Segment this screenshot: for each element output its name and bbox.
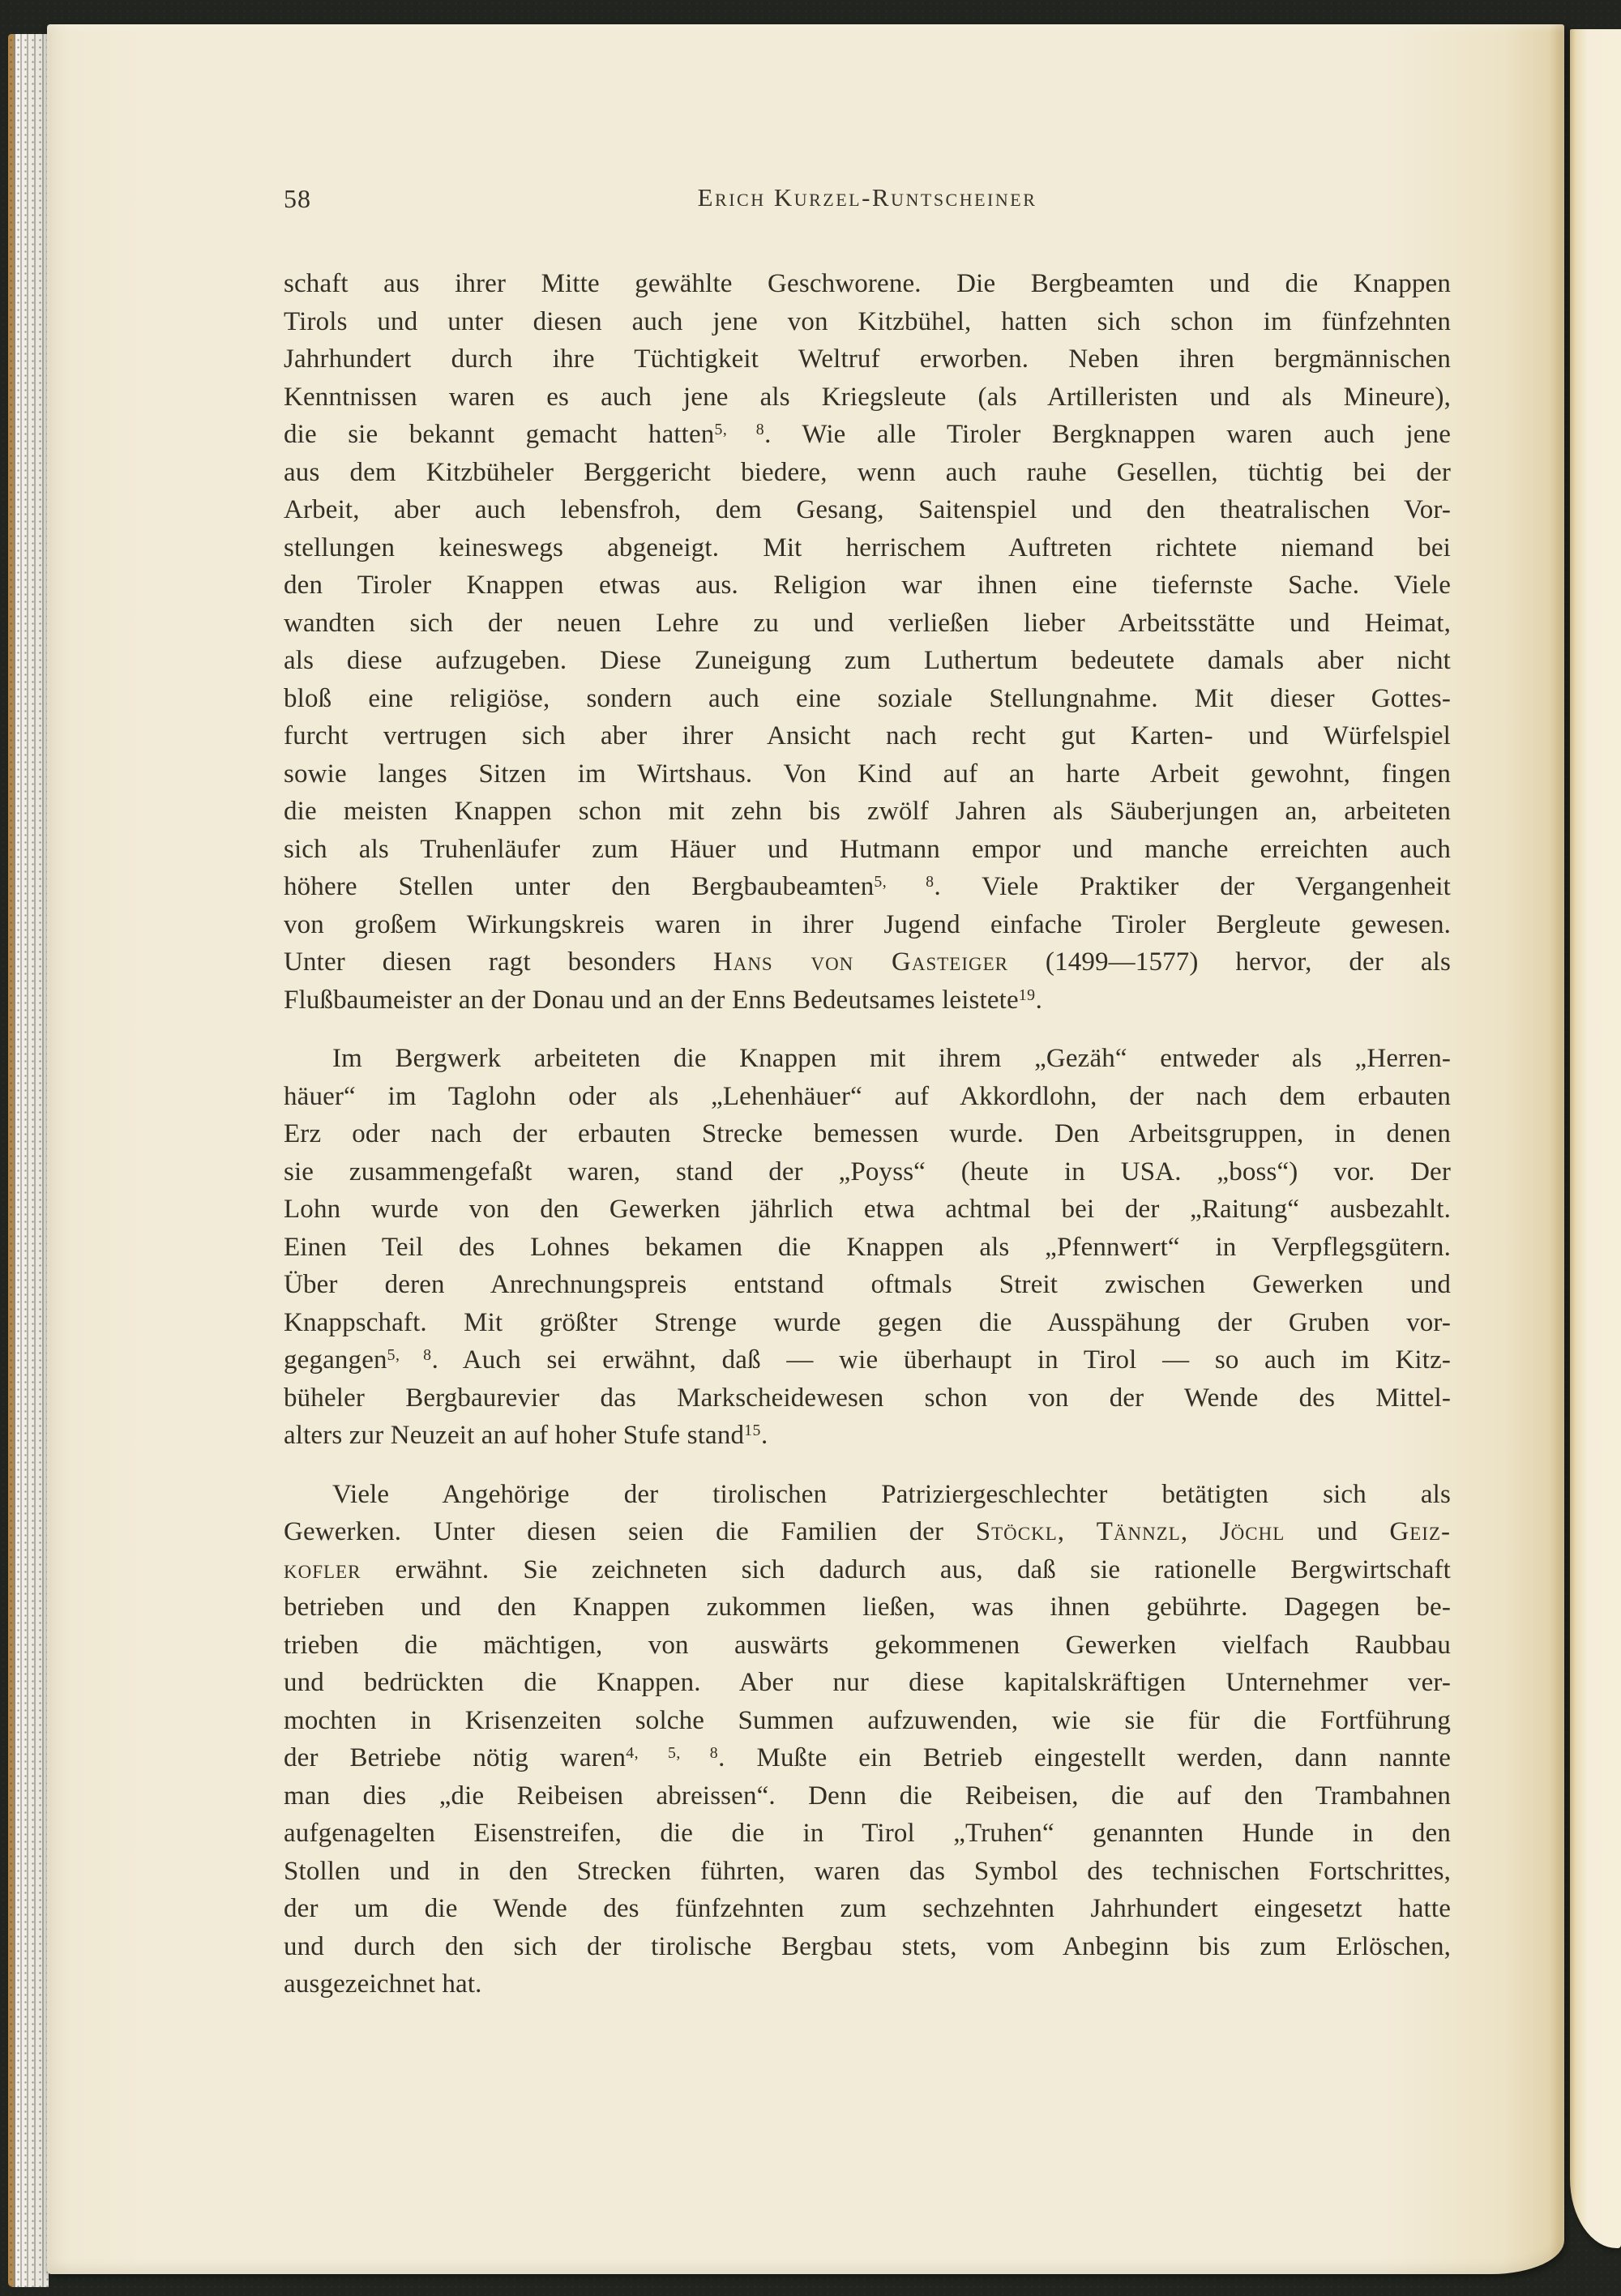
text-line: die sie bekannt gemacht hatten5, 8. Wie … <box>284 416 1451 454</box>
text-line: betrieben und den Knappen zukommen ließe… <box>284 1588 1451 1627</box>
text-body: schaft aus ihrer Mitte gewählte Geschwor… <box>284 265 1451 2003</box>
book-scan: 58 Erich Kurzel-Runtscheiner schaft aus … <box>0 0 1621 2296</box>
text-line: der um die Wende des fünfzehnten zum sec… <box>284 1890 1451 1928</box>
text-line: alters zur Neuzeit an auf hoher Stufe st… <box>284 1417 1451 1455</box>
text-line: Kenntnissen waren es auch jene als Krieg… <box>284 378 1451 417</box>
text-line: Stollen und in den Strecken führten, war… <box>284 1853 1451 1891</box>
text-line: stellungen keineswegs abgeneigt. Mit her… <box>284 529 1451 567</box>
text-line: wandten sich der neuen Lehre zu und verl… <box>284 605 1451 643</box>
text-line: Jahrhundert durch ihre Tüchtigkeit Weltr… <box>284 340 1451 378</box>
text-line: als diese aufzugeben. Diese Zuneigung zu… <box>284 642 1451 680</box>
facing-page-edge <box>1570 29 1621 2248</box>
text-line: Knappschaft. Mit größter Strenge wurde g… <box>284 1304 1451 1342</box>
text-line: trieben die mächtigen, von auswärts geko… <box>284 1627 1451 1665</box>
text-line: aus dem Kitzbüheler Berggericht biedere,… <box>284 454 1451 492</box>
text-line: Über deren Anrechnungspreis entstand oft… <box>284 1266 1451 1304</box>
text-line: Einen Teil des Lohnes bekamen die Knappe… <box>284 1229 1451 1267</box>
book-page: 58 Erich Kurzel-Runtscheiner schaft aus … <box>47 24 1564 2274</box>
paragraph: schaft aus ihrer Mitte gewählte Geschwor… <box>284 265 1451 1019</box>
text-line: aufgenagelten Eisenstreifen, die die in … <box>284 1815 1451 1853</box>
text-line: Erz oder nach der erbauten Strecke bemes… <box>284 1115 1451 1153</box>
text-line: und bedrückten die Knappen. Aber nur die… <box>284 1664 1451 1702</box>
text-line: den Tiroler Knappen etwas aus. Religion … <box>284 567 1451 605</box>
text-line: furcht vertrugen sich aber ihrer Ansicht… <box>284 717 1451 755</box>
text-line: von großem Wirkungskreis waren in ihrer … <box>284 906 1451 944</box>
running-head: Erich Kurzel-Runtscheiner <box>284 183 1451 212</box>
text-line: Viele Angehörige der tirolischen Patrizi… <box>284 1476 1451 1514</box>
paragraph: Im Bergwerk arbeiteten die Knappen mit i… <box>284 1040 1451 1455</box>
text-line: büheler Bergbaurevier das Markscheidewes… <box>284 1379 1451 1417</box>
text-line: Lohn wurde von den Gewerken jährlich etw… <box>284 1191 1451 1229</box>
text-line: die meisten Knappen schon mit zehn bis z… <box>284 793 1451 831</box>
text-line: der Betriebe nötig waren4, 5, 8. Mußte e… <box>284 1739 1451 1777</box>
text-line: und durch den sich der tirolische Bergba… <box>284 1928 1451 1966</box>
text-line: schaft aus ihrer Mitte gewählte Geschwor… <box>284 265 1451 303</box>
text-line: man dies „die Reibeisen abreissen“. Denn… <box>284 1777 1451 1815</box>
text-line: sie zusammengefaßt waren, stand der „Poy… <box>284 1153 1451 1191</box>
text-line: sich als Truhenläufer zum Häuer und Hutm… <box>284 831 1451 869</box>
text-line: Tirols und unter diesen auch jene von Ki… <box>284 303 1451 341</box>
text-line: häuer“ im Taglohn oder als „Lehenhäuer“ … <box>284 1078 1451 1116</box>
text-line: Arbeit, aber auch lebensfroh, dem Gesang… <box>284 491 1451 529</box>
text-line: Im Bergwerk arbeiteten die Knappen mit i… <box>284 1040 1451 1078</box>
text-line: kofler erwähnt. Sie zeichneten sich dadu… <box>284 1551 1451 1589</box>
text-line: mochten in Krisenzeiten solche Summen au… <box>284 1702 1451 1740</box>
text-line: gegangen5, 8. Auch sei erwähnt, daß — wi… <box>284 1341 1451 1379</box>
paragraph: Viele Angehörige der tirolischen Patrizi… <box>284 1476 1451 2003</box>
text-line: Unter diesen ragt besonders Hans von Gas… <box>284 943 1451 981</box>
page-edge-stack <box>8 34 49 2287</box>
page-header: 58 Erich Kurzel-Runtscheiner <box>284 183 1451 217</box>
text-line: bloß eine religiöse, sondern auch eine s… <box>284 680 1451 718</box>
text-line: sowie langes Sitzen im Wirtshaus. Von Ki… <box>284 755 1451 793</box>
text-line: ausgezeichnet hat. <box>284 1965 1451 2003</box>
text-line: höhere Stellen unter den Bergbaubeamten5… <box>284 868 1451 906</box>
text-line: Flußbaumeister an der Donau und an der E… <box>284 981 1451 1020</box>
text-line: Gewerken. Unter diesen seien die Familie… <box>284 1513 1451 1551</box>
